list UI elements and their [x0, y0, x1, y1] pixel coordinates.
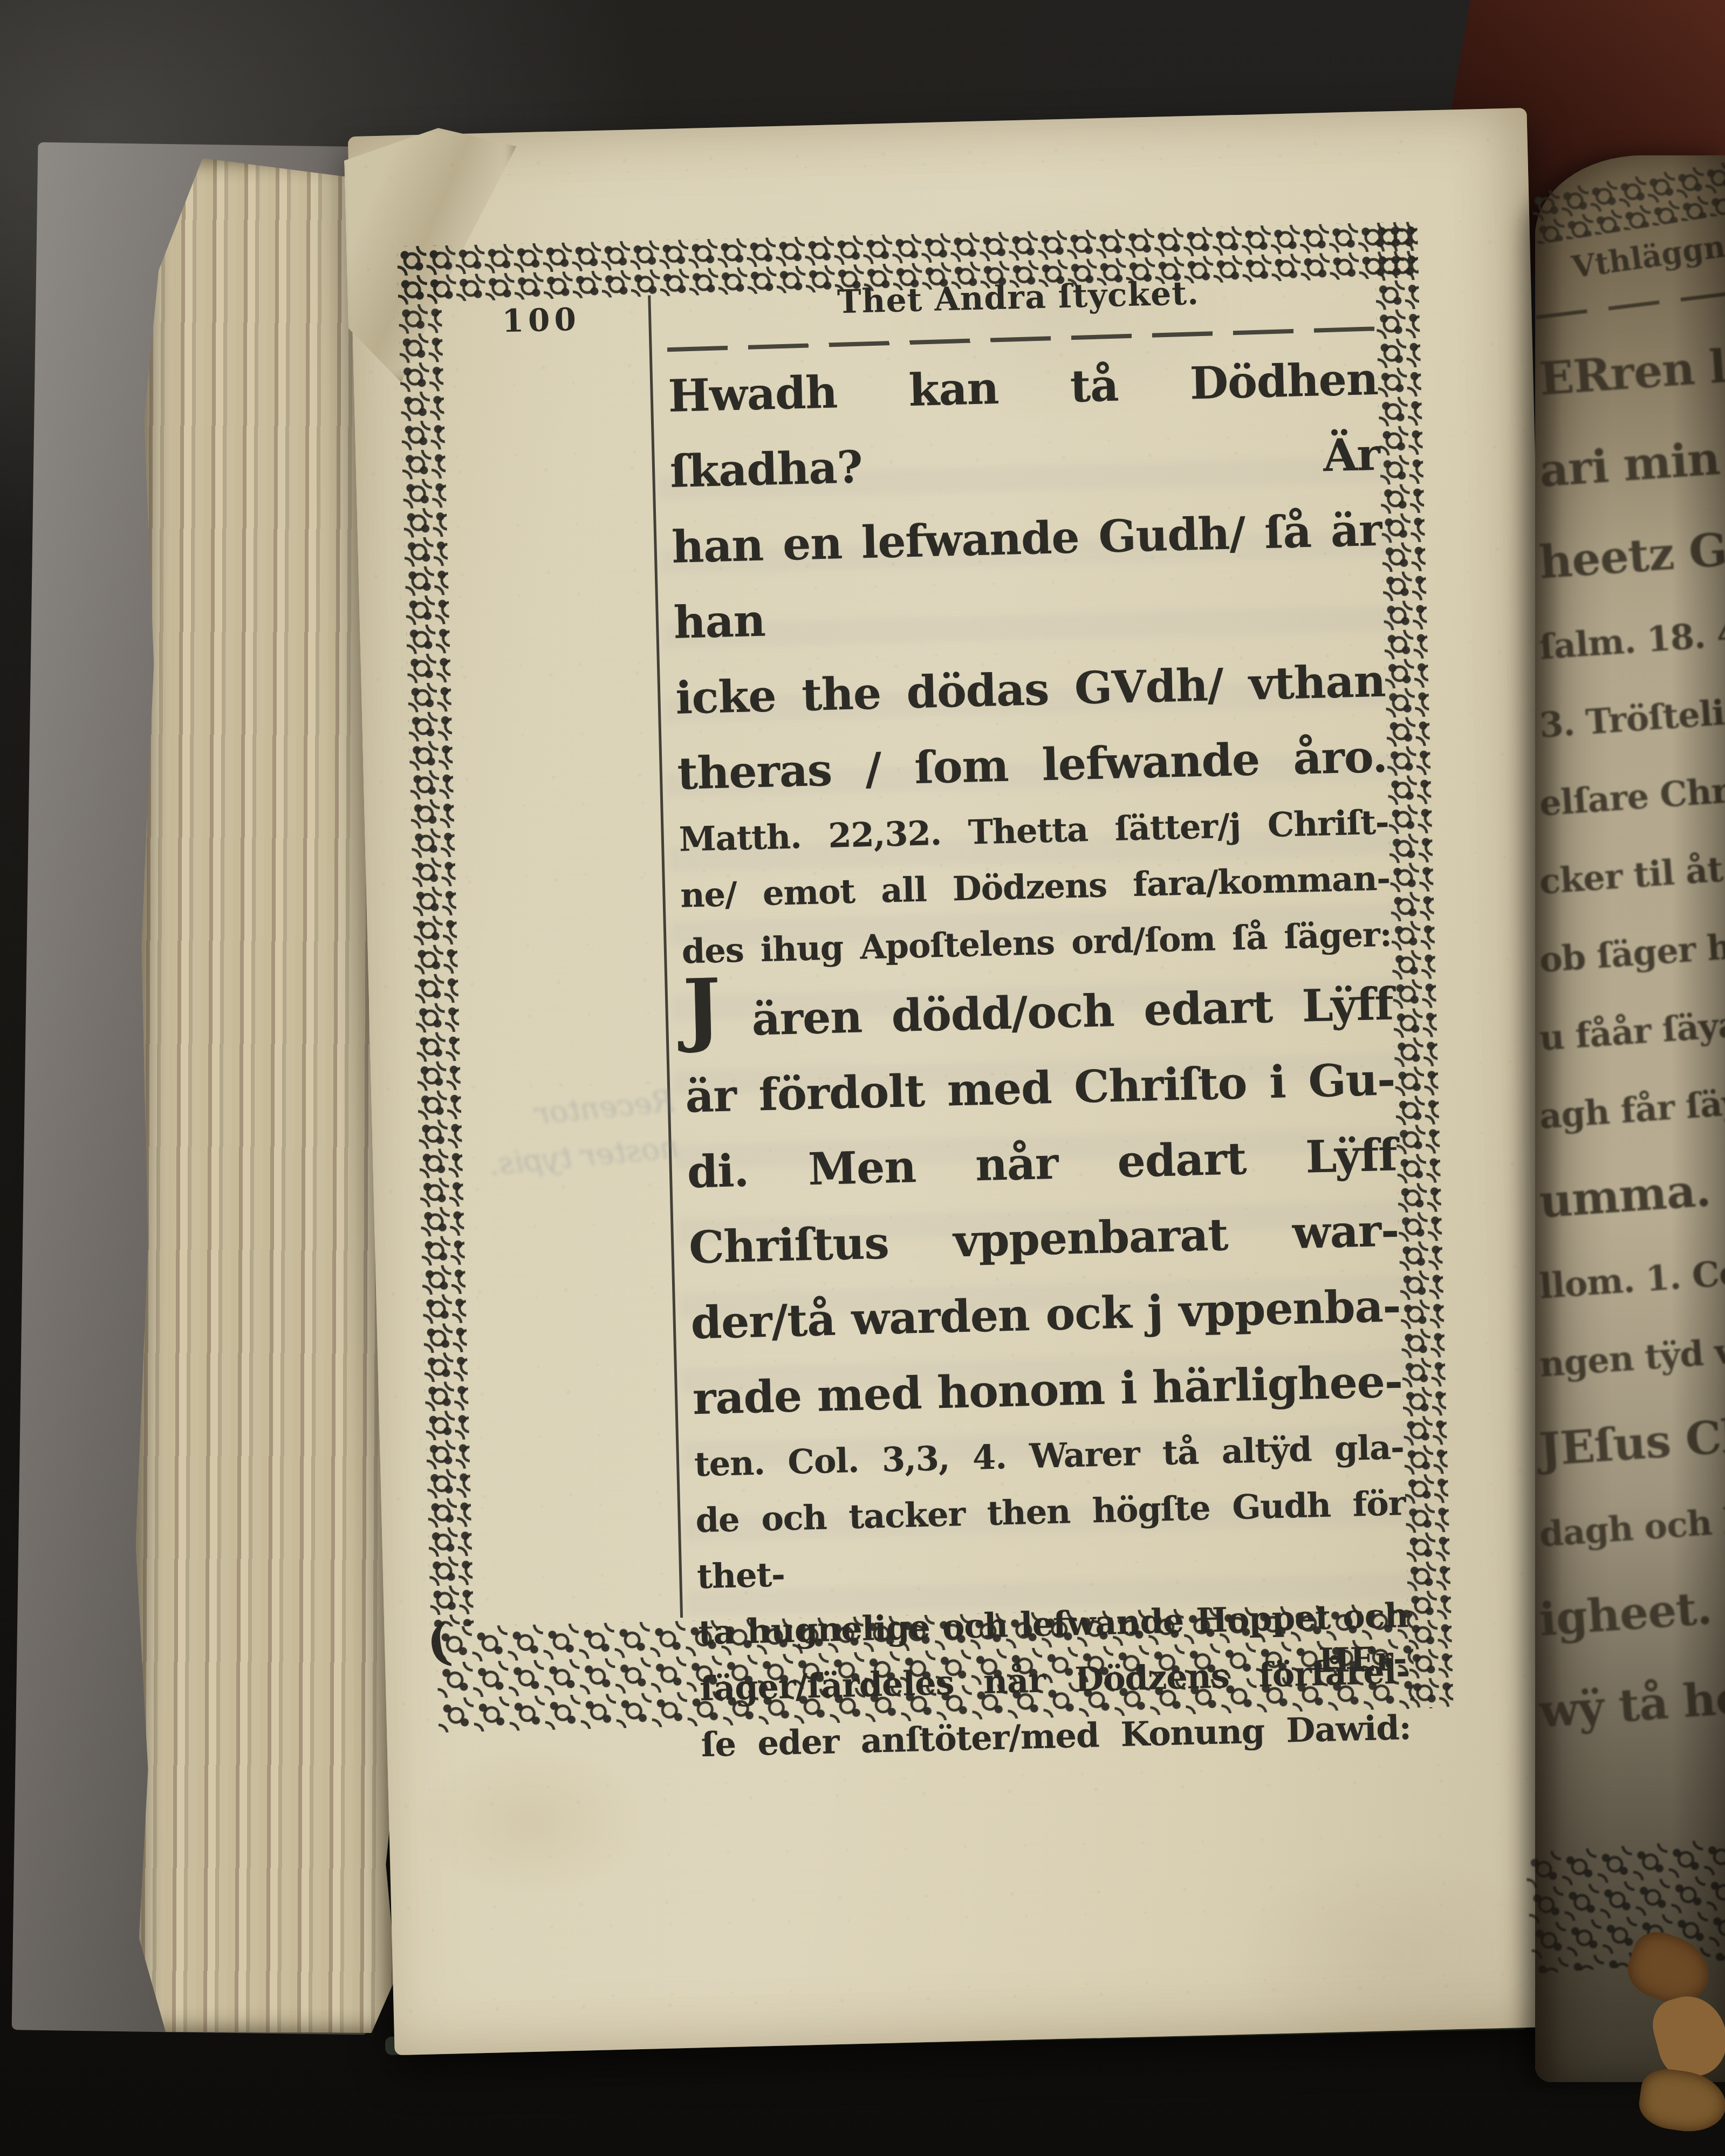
binding-threads — [1624, 1920, 1725, 2147]
right-page-text-line: ERren lefwe — [1536, 310, 1725, 425]
right-page: Vthläggnin ERren lefweari min tröſt/ och… — [1535, 155, 1725, 2082]
ornament-border-left — [397, 245, 474, 1627]
right-page-text: ERren lefweari min tröſt/ ocheetz Gud wa… — [1539, 333, 1725, 1757]
right-page-header-rule — [1536, 280, 1725, 319]
page-number: 100 — [473, 300, 609, 340]
body-text: Hwadh kan tå Dödhen ſkadha? Ärhan en lef… — [667, 341, 1412, 1773]
left-page: ( 100 Thet Andra ſtycket. Recentor noste… — [348, 108, 1573, 2055]
binding-thread — [1636, 2065, 1725, 2136]
show-through-handwriting: Recentor noster typis. — [479, 1078, 681, 1189]
text-line: de och tacker then högſte Gudh för thet- — [695, 1475, 1407, 1605]
book-photo: ( 100 Thet Andra ſtycket. Recentor noste… — [0, 0, 1725, 2156]
text-line: han en lefwande Gudh/ ſå är han — [671, 492, 1384, 661]
text-line: Hwadh kan tå Dödhen ſkadha? Är — [667, 341, 1380, 510]
